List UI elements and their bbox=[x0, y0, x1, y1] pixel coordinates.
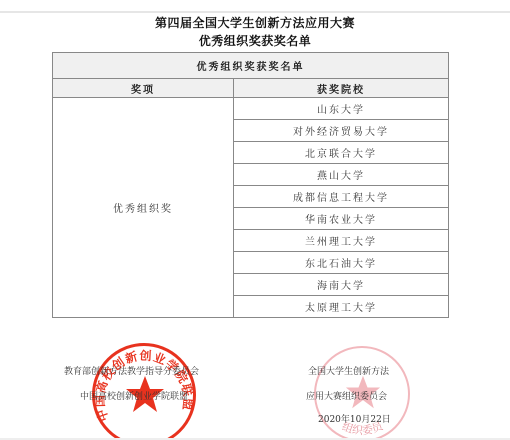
school-cell: 东北石油大学 bbox=[234, 252, 449, 274]
left-signature-line1: 教育部创新方法教学指导分委员会 bbox=[64, 364, 199, 377]
school-cell: 燕山大学 bbox=[234, 164, 449, 186]
school-cell: 成都信息工程大学 bbox=[234, 186, 449, 208]
document-title: 第四届全国大学生创新方法应用大赛 bbox=[0, 14, 510, 31]
svg-text:中国高校创新创业学院联盟: 中国高校创新创业学院联盟 bbox=[93, 348, 196, 424]
header-school: 获奖院校 bbox=[234, 79, 449, 98]
school-cell: 兰州理工大学 bbox=[234, 230, 449, 252]
right-signature-line2: 应用大赛组织委员会 bbox=[306, 389, 387, 402]
school-cell: 对外经济贸易大学 bbox=[234, 120, 449, 142]
school-cell: 北京联合大学 bbox=[234, 142, 449, 164]
page-top-border bbox=[0, 11, 510, 13]
right-signature-line1: 全国大学生创新方法 bbox=[308, 364, 389, 377]
school-cell: 海南大学 bbox=[234, 274, 449, 296]
table-caption-row: 优秀组织奖获奖名单 bbox=[53, 53, 449, 79]
school-cell: 山东大学 bbox=[234, 98, 449, 120]
table-row: 优秀组织奖 山东大学 bbox=[53, 98, 449, 120]
award-name-cell: 优秀组织奖 bbox=[53, 98, 234, 318]
header-award: 奖项 bbox=[53, 79, 234, 98]
school-cell: 太原理工大学 bbox=[234, 296, 449, 318]
awards-table: 优秀组织奖获奖名单 奖项 获奖院校 优秀组织奖 山东大学 对外经济贸易大学 北京… bbox=[52, 52, 449, 318]
left-signature-line2: 中国高校创新创业学院联盟 bbox=[80, 389, 188, 402]
table-header-row: 奖项 获奖院校 bbox=[53, 79, 449, 98]
signature-date: 2020年10月22日 bbox=[318, 412, 391, 425]
table-caption: 优秀组织奖获奖名单 bbox=[53, 53, 449, 79]
school-cell: 华南农业大学 bbox=[234, 208, 449, 230]
document-subtitle: 优秀组织奖获奖名单 bbox=[0, 32, 510, 49]
